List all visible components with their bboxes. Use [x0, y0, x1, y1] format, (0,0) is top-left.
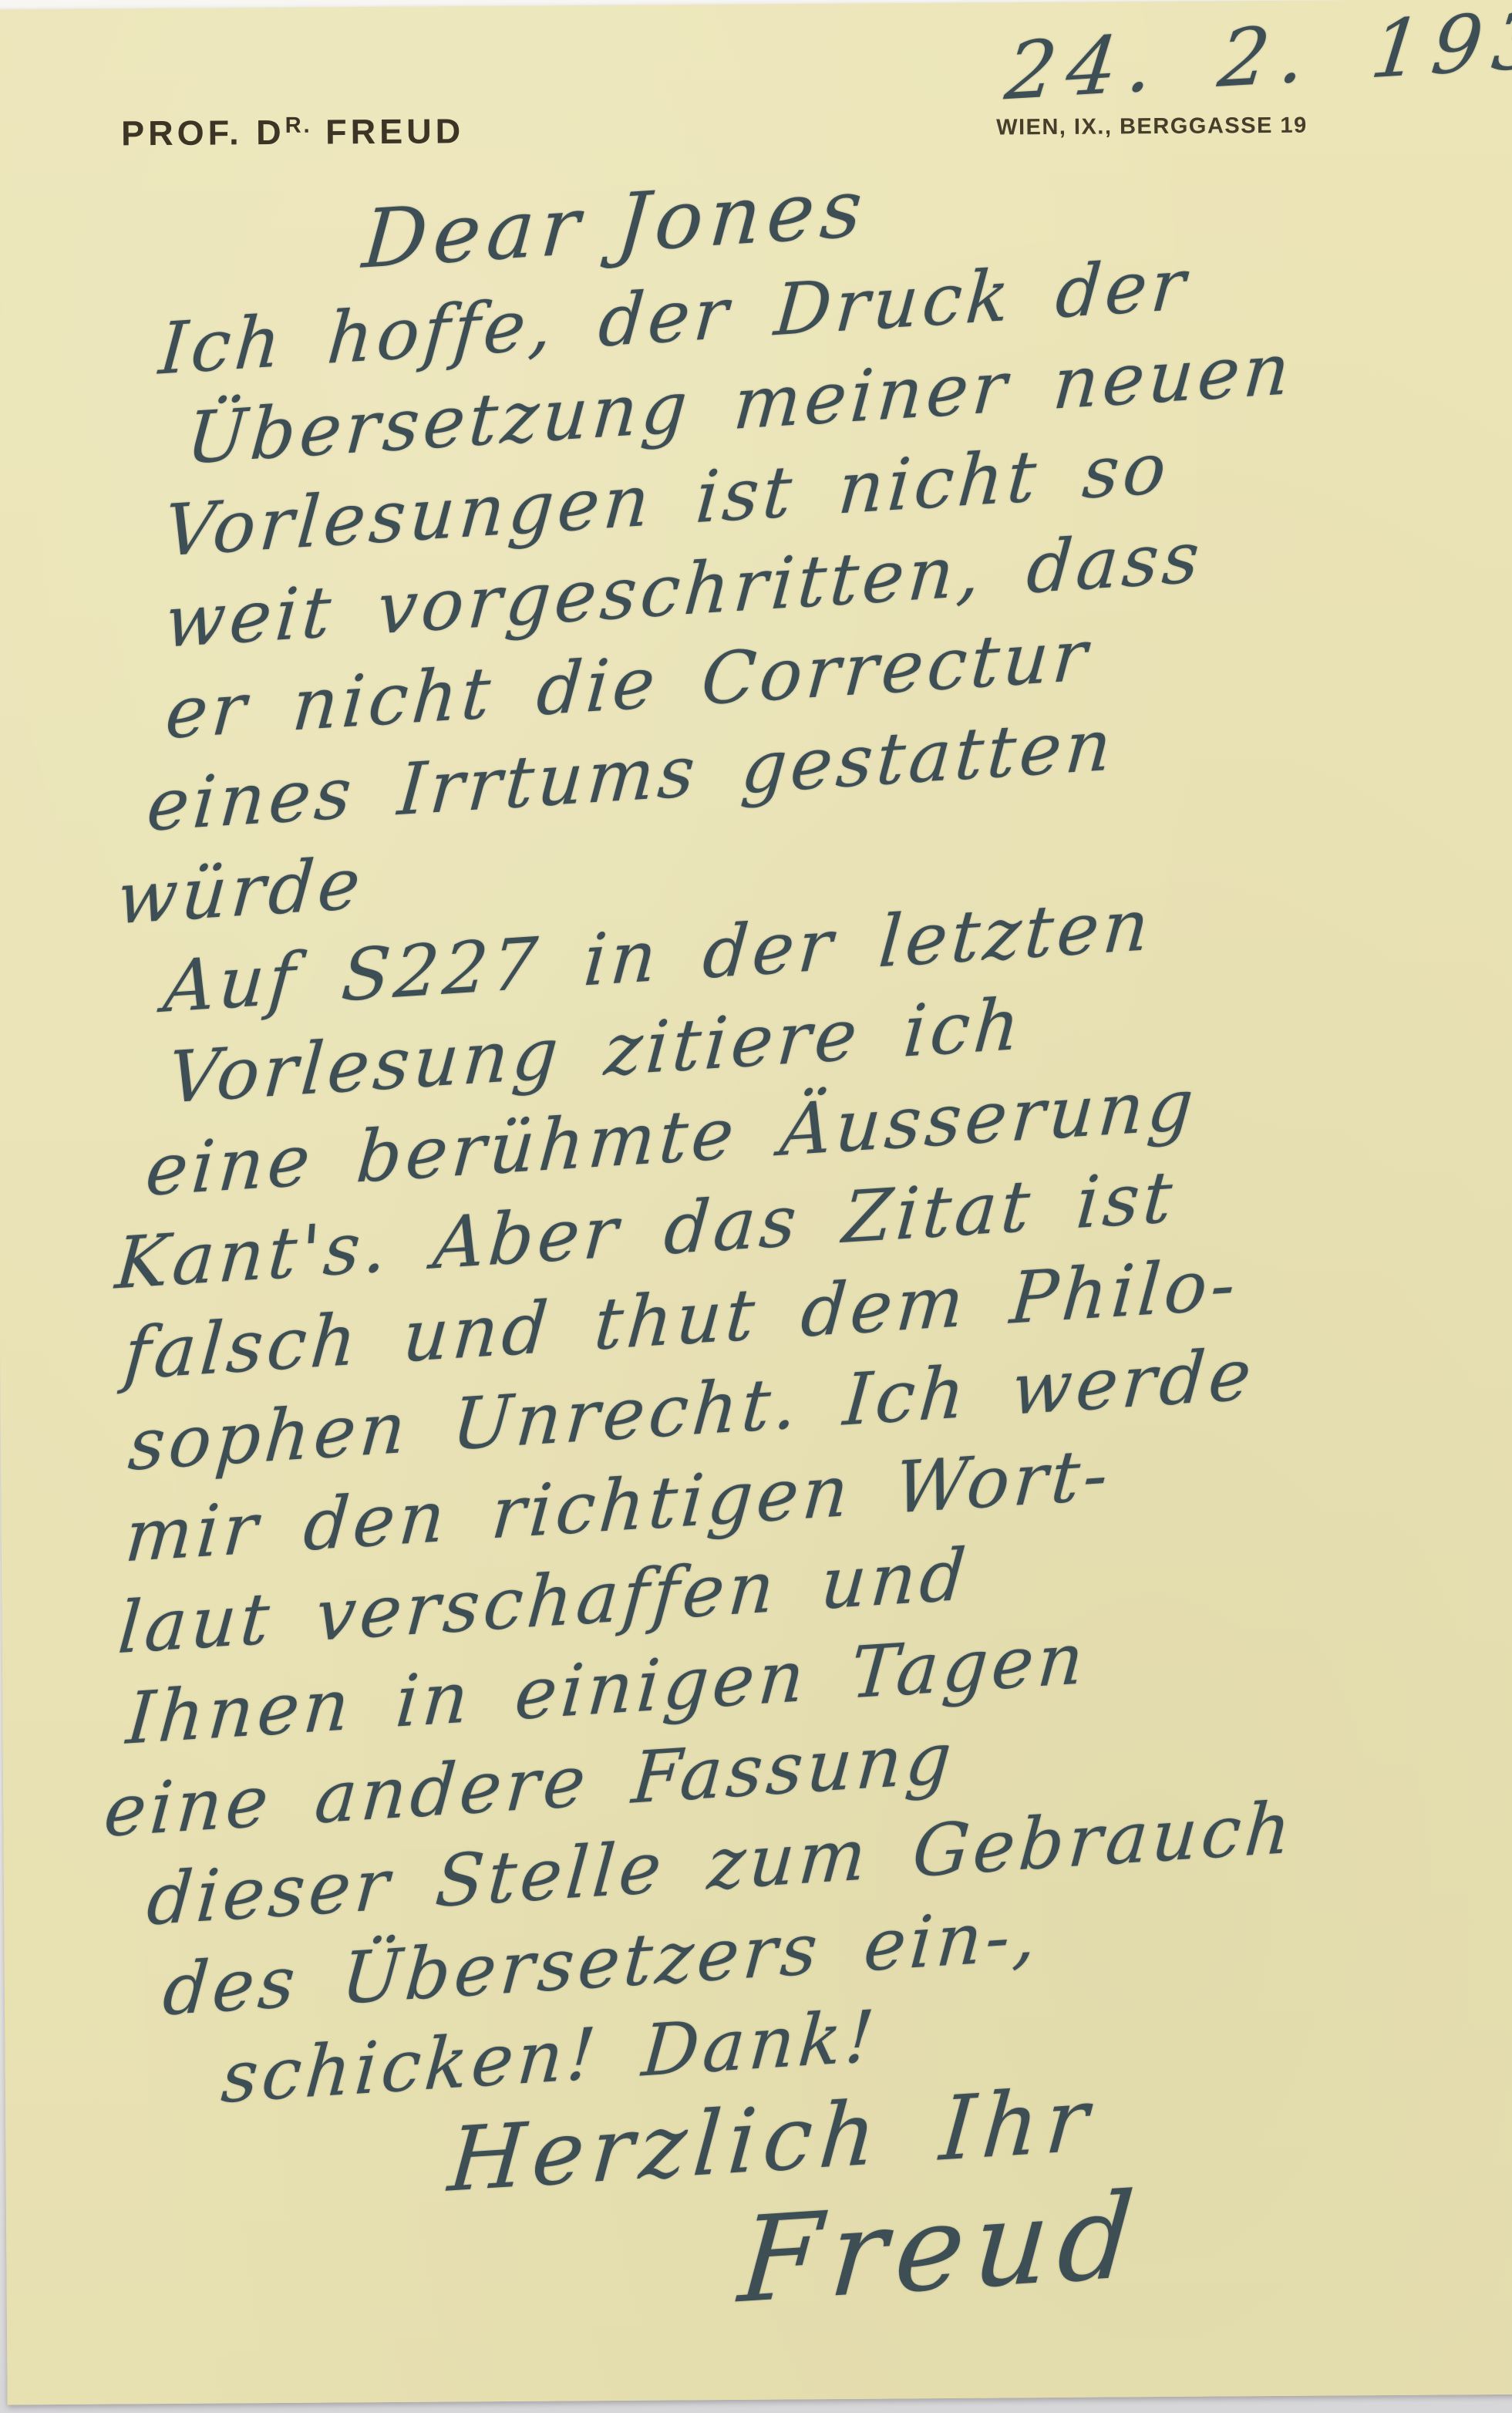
letterhead-name: PROF. DR. FREUD: [121, 111, 464, 153]
letterhead-name-superscript: R.: [285, 113, 312, 138]
letterhead-name-part: FREUD: [312, 111, 465, 151]
paper: PROF. DR. FREUD 24. 2. 1933 WIEN, IX., B…: [0, 0, 1512, 2405]
handwritten-date: 24. 2. 1933: [1001, 0, 1512, 119]
letter-body: Dear Jones Ich hoffe, der Druck der Über…: [4, 116, 1495, 2375]
letter-photo: PROF. DR. FREUD 24. 2. 1933 WIEN, IX., B…: [0, 0, 1512, 2413]
letterhead-name-part: PROF. D: [121, 113, 285, 153]
